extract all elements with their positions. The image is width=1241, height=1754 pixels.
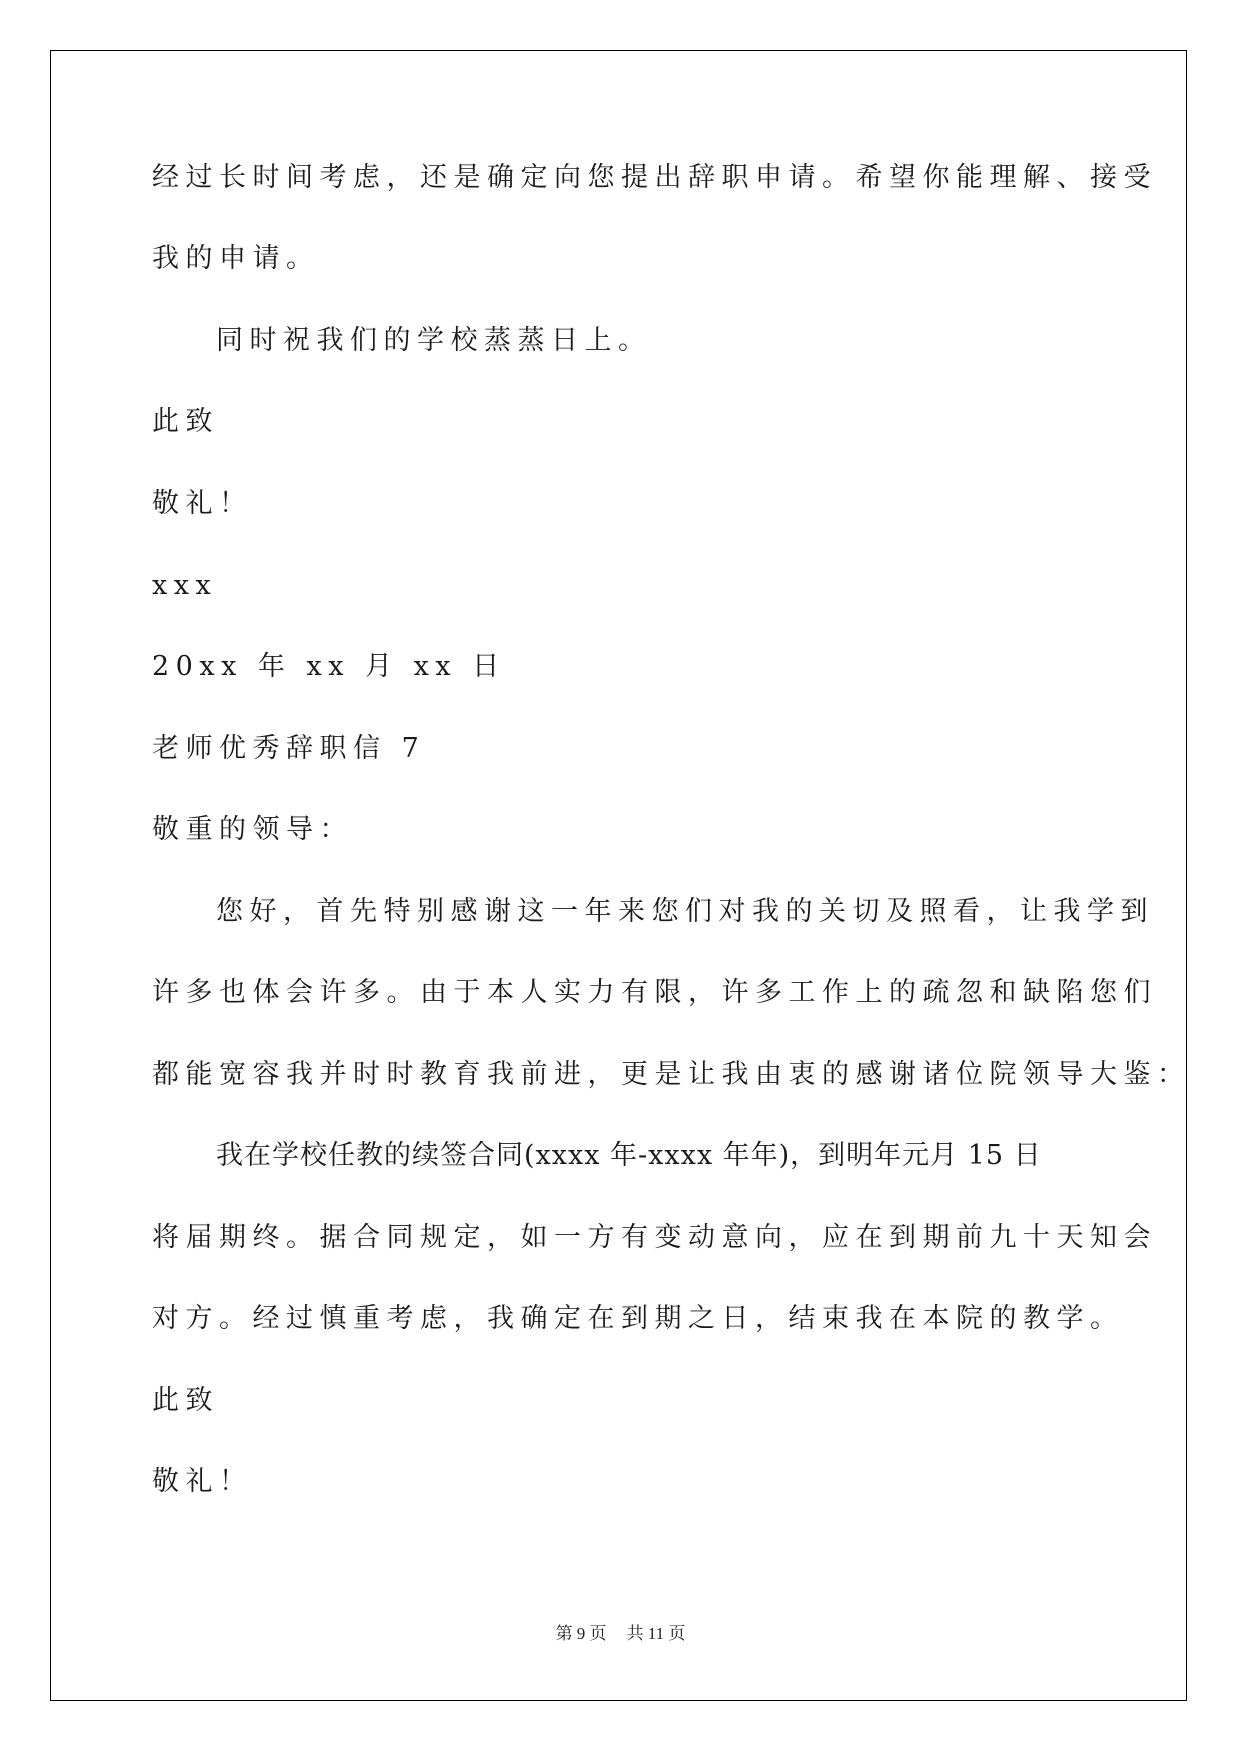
paragraph-line: 同时祝我们的学校蒸蒸日上。 <box>216 323 652 359</box>
page-number: 第 9 页 <box>556 1624 607 1643</box>
page-total: 共 11 页 <box>627 1624 686 1643</box>
paragraph-line: 对方。经过慎重考虑，我确定在到期之日，结束我在本院的教学。 <box>152 1301 1124 1337</box>
paragraph-line: 将届期终。据合同规定，如一方有变动意向，应在到期前九十天知会 <box>152 1220 1157 1256</box>
section-title: 老师优秀辞职信 7 <box>152 731 425 767</box>
paragraph-line: 我的申请。 <box>152 241 320 277</box>
paragraph-line: 您好，首先特别感谢这一年来您们对我的关切及照看，让我学到 <box>216 894 1154 930</box>
closing-regards: 敬礼！ <box>152 486 253 522</box>
closing-regards: 敬礼！ <box>152 1464 253 1500</box>
paragraph-line: 经过长时间考虑，还是确定向您提出辞职申请。希望你能理解、接受 <box>152 160 1157 196</box>
signature-name: xxx <box>152 568 217 604</box>
page-border <box>50 50 1187 1701</box>
letter-greeting: 敬重的领导： <box>152 812 353 848</box>
paragraph-line: 许多也体会许多。由于本人实力有限，许多工作上的疏忽和缺陷您们 <box>152 975 1157 1011</box>
closing-salutation: 此致 <box>152 404 219 440</box>
closing-salutation: 此致 <box>152 1383 219 1419</box>
page-footer: 第 9 页共 11 页 <box>0 1623 1241 1645</box>
signature-date: 20xx 年 xx 月 xx 日 <box>152 649 506 685</box>
paragraph-line: 都能宽容我并时时教育我前进，更是让我由衷的感谢诸位院领导大鉴： <box>152 1057 1191 1093</box>
paragraph-line: 我在学校任教的续签合同(xxxx 年-xxxx 年年)，到明年元月 15 日 <box>216 1138 1042 1174</box>
